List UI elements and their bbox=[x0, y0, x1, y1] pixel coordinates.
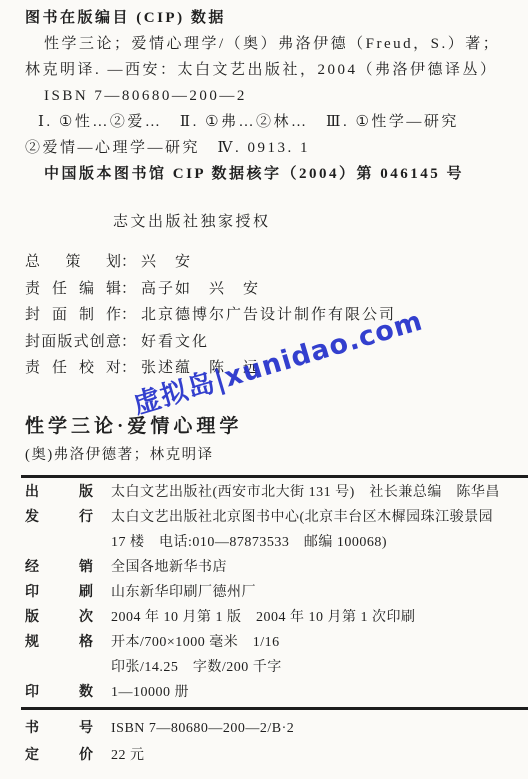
cip-line: 性学三论；爱情心理学/（奥）弗洛伊德（Freud，S.）著； bbox=[25, 31, 520, 57]
colon: ： bbox=[121, 329, 136, 356]
colophon-row-distribution: 发行 太白文艺出版社北京图书中心(北京丰台区木樨园珠江骏景园 17 楼 电话:0… bbox=[25, 505, 526, 555]
colophon-label: 发行 bbox=[25, 505, 93, 555]
colophon-row-printing: 印刷 山东新华印刷厂德州厂 bbox=[25, 580, 526, 605]
credit-label: 总策划 bbox=[25, 249, 121, 276]
credit-label: 责任校对 bbox=[25, 355, 121, 382]
cip-line: 林克明译. —西安：太白文艺出版社，2004（弗洛伊德译丛） bbox=[25, 57, 520, 83]
credit-label: 封面版式创意 bbox=[25, 329, 121, 356]
cip-block: 图书在版编目 (CIP) 数据 性学三论；爱情心理学/（奥）弗洛伊德（Freud… bbox=[25, 5, 520, 187]
credit-label: 封面制作 bbox=[25, 302, 121, 329]
colophon-value-line: 1—10000 册 bbox=[111, 680, 189, 705]
colophon-value: 太白文艺出版社北京图书中心(北京丰台区木樨园珠江骏景园 17 楼 电话:010—… bbox=[111, 505, 493, 555]
colophon-value: 全国各地新华书店 bbox=[111, 555, 227, 580]
divider-top bbox=[21, 475, 528, 478]
colophon-label: 印刷 bbox=[25, 580, 93, 605]
colophon-row-print-run: 印数 1—10000 册 bbox=[25, 680, 526, 705]
colophon-value-line: 17 楼 电话:010—87873533 邮编 100068) bbox=[111, 530, 493, 555]
credit-row-chief-planner: 总策划： 兴 安 bbox=[25, 249, 520, 276]
price-value: 22 元 bbox=[111, 742, 145, 769]
divider-bottom bbox=[21, 707, 528, 710]
isbn-label: 书号 bbox=[25, 715, 93, 742]
colophon-value: 2004 年 10 月第 1 版 2004 年 10 月第 1 次印刷 bbox=[111, 605, 416, 630]
book-title: 性学三论·爱情心理学 bbox=[25, 413, 520, 441]
colophon-value-line: 印张/14.25 字数/200 千字 bbox=[111, 655, 282, 680]
colon: ： bbox=[121, 249, 136, 276]
colon: ： bbox=[121, 276, 136, 303]
colophon-value-line: 山东新华印刷厂德州厂 bbox=[111, 580, 256, 605]
colophon-row-edition: 版次 2004 年 10 月第 1 版 2004 年 10 月第 1 次印刷 bbox=[25, 605, 526, 630]
colophon-value: 开本/700×1000 毫米 1/16 印张/14.25 字数/200 千字 bbox=[111, 630, 282, 680]
colophon-label: 出版 bbox=[25, 480, 93, 505]
credit-row-editor: 责任编辑： 高子如 兴 安 bbox=[25, 276, 520, 303]
credit-value: 好看文化 bbox=[141, 329, 209, 356]
isbn-value: ISBN 7—80680—200—2/B·2 bbox=[111, 715, 294, 742]
colophon-label: 版次 bbox=[25, 605, 93, 630]
price-value-line: 22 元 bbox=[111, 742, 145, 769]
colophon-table: 出版 太白文艺出版社(西安市北大街 131 号) 社长兼总编 陈华昌 发行 太白… bbox=[25, 480, 526, 705]
price-label: 定价 bbox=[25, 742, 93, 769]
copyright-page: 图书在版编目 (CIP) 数据 性学三论；爱情心理学/（奥）弗洛伊德（Freud… bbox=[0, 0, 528, 779]
credit-value: 高子如 兴 安 bbox=[141, 276, 260, 303]
price-row: 定价 22 元 bbox=[25, 742, 526, 769]
colophon-value-line: 2004 年 10 月第 1 版 2004 年 10 月第 1 次印刷 bbox=[111, 605, 416, 630]
book-byline: (奥)弗洛伊德著；林克明译 bbox=[25, 445, 520, 465]
credit-value: 兴 安 bbox=[141, 249, 192, 276]
book-title-block: 性学三论·爱情心理学 (奥)弗洛伊德著；林克明译 bbox=[25, 413, 520, 465]
colophon-value-line: 开本/700×1000 毫米 1/16 bbox=[111, 630, 282, 655]
isbn-value-line: ISBN 7—80680—200—2/B·2 bbox=[111, 715, 294, 742]
cip-line-classification: ②爱情—心理学—研究 Ⅳ. 0913. 1 bbox=[25, 135, 520, 161]
colon: ： bbox=[121, 302, 136, 329]
colophon-label: 规格 bbox=[25, 630, 93, 680]
colophon-row-publisher: 出版 太白文艺出版社(西安市北大街 131 号) 社长兼总编 陈华昌 bbox=[25, 480, 526, 505]
isbn-price-block: 书号 ISBN 7—80680—200—2/B·2 定价 22 元 bbox=[25, 715, 526, 769]
credit-row-cover-production: 封面制作： 北京德博尔广告设计制作有限公司 bbox=[25, 302, 520, 329]
colon: ： bbox=[121, 355, 136, 382]
colophon-value: 山东新华印刷厂德州厂 bbox=[111, 580, 256, 605]
colophon-value: 太白文艺出版社(西安市北大街 131 号) 社长兼总编 陈华昌 bbox=[111, 480, 500, 505]
colophon-label: 经销 bbox=[25, 555, 93, 580]
colophon-value: 1—10000 册 bbox=[111, 680, 189, 705]
colophon-value-line: 太白文艺出版社(西安市北大街 131 号) 社长兼总编 陈华昌 bbox=[111, 480, 500, 505]
credit-label: 责任编辑 bbox=[25, 276, 121, 303]
colophon-row-sales: 经销 全国各地新华书店 bbox=[25, 555, 526, 580]
colophon-row-format: 规格 开本/700×1000 毫米 1/16 印张/14.25 字数/200 千… bbox=[25, 630, 526, 680]
colophon-value-line: 太白文艺出版社北京图书中心(北京丰台区木樨园珠江骏景园 bbox=[111, 505, 493, 530]
cip-header: 图书在版编目 (CIP) 数据 bbox=[25, 5, 520, 31]
colophon-value-line: 全国各地新华书店 bbox=[111, 555, 227, 580]
cip-registration-number: 中国版本图书馆 CIP 数据核字（2004）第 046145 号 bbox=[25, 161, 520, 187]
cip-line-classification: Ⅰ. ①性…②爱… Ⅱ. ①弗…②林… Ⅲ. ①性学—研究 bbox=[25, 109, 520, 135]
isbn-row: 书号 ISBN 7—80680—200—2/B·2 bbox=[25, 715, 526, 742]
colophon-label: 印数 bbox=[25, 680, 93, 705]
cip-line-isbn: ISBN 7—80680—200—2 bbox=[25, 83, 520, 109]
authorization-note: 志文出版社独家授权 bbox=[113, 210, 271, 231]
